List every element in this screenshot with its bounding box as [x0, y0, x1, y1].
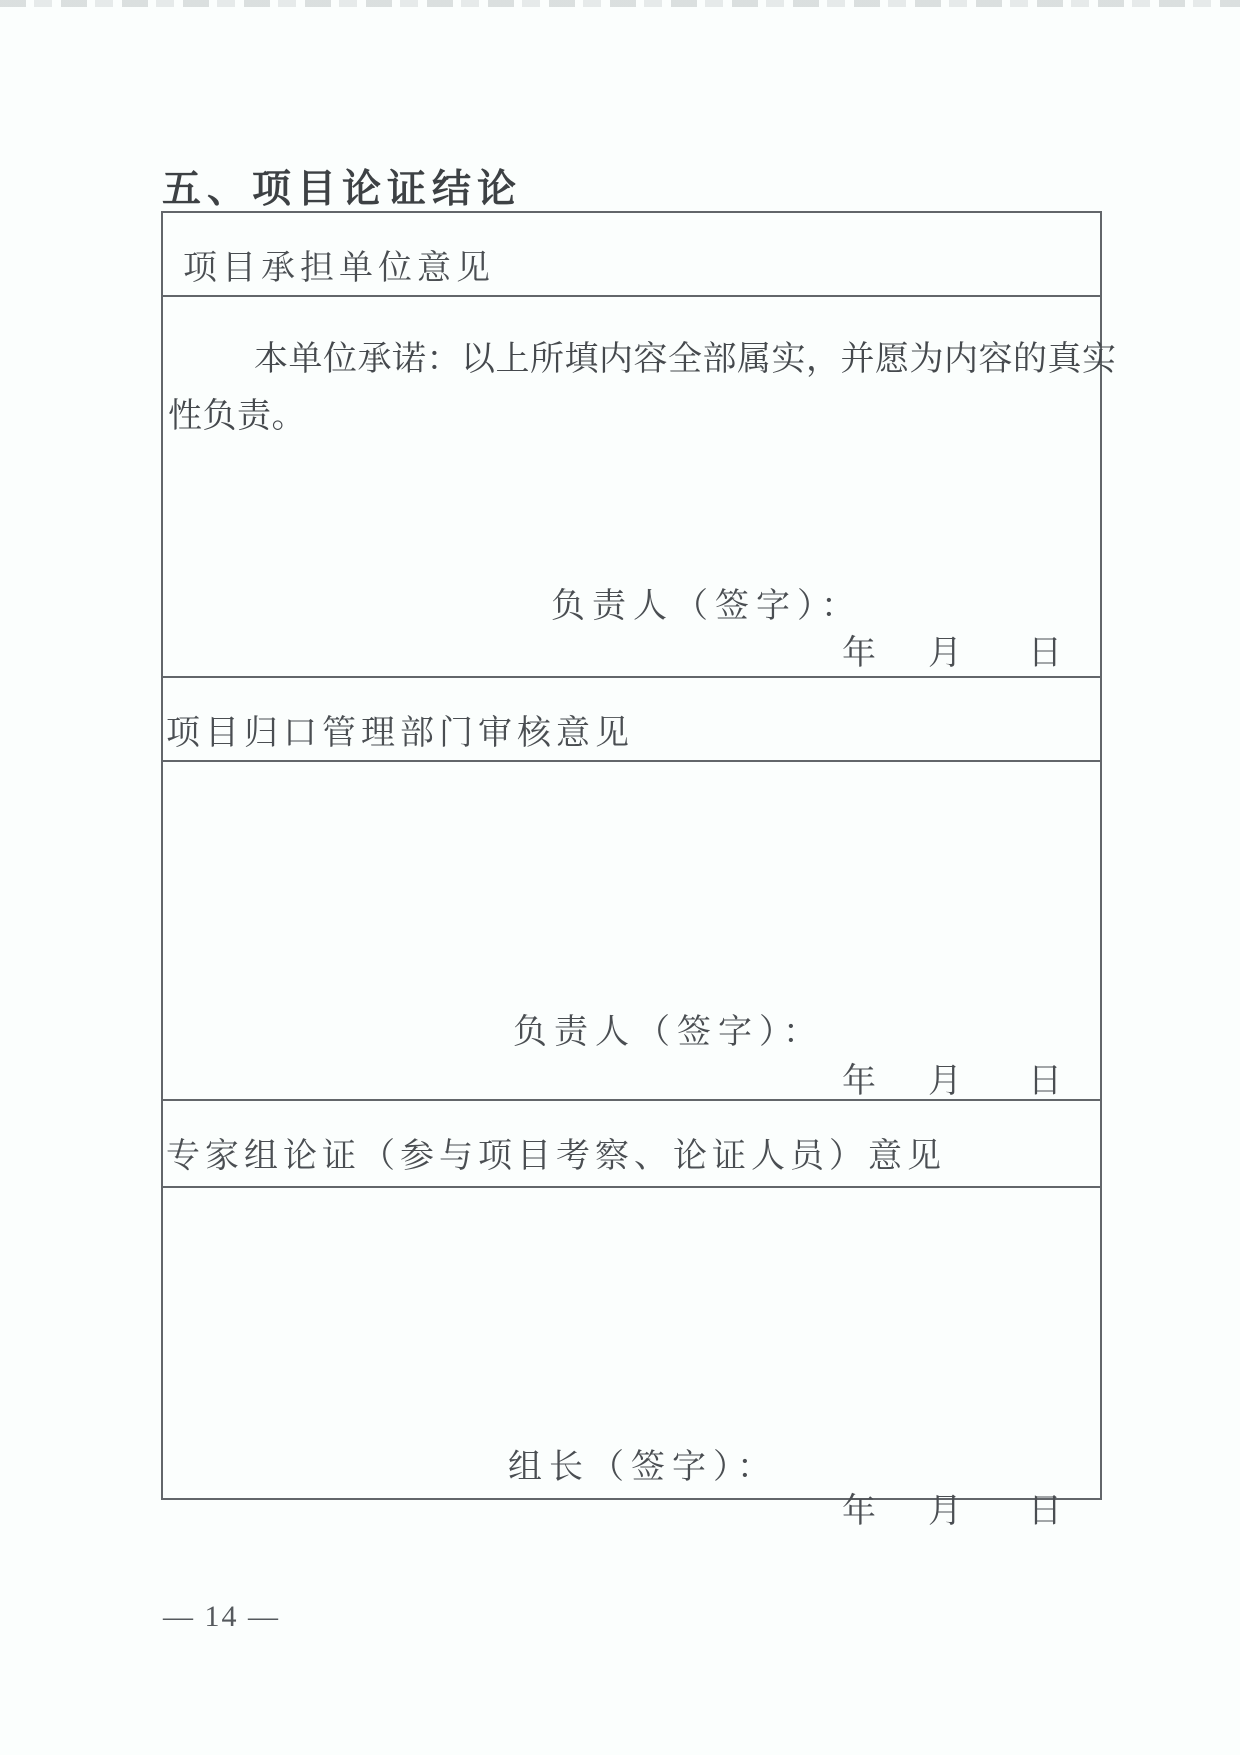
month-label: 月 — [928, 1064, 962, 1100]
date-line: 年 月 日 — [842, 1064, 1062, 1100]
expert-group-header-label: 专家组论证（参与项目考察、论证人员）意见 — [163, 1128, 1100, 1177]
section-heading: 五、项目论证结论 — [162, 158, 522, 214]
row-expert-group-content: 组长（签字）： 年 月 日 — [163, 1188, 1100, 1530]
year-label: 年 — [842, 1064, 876, 1100]
day-label: 日 — [1028, 1494, 1062, 1530]
responsible-person-signature-label: 负责人（签字）： — [551, 589, 862, 625]
undertaking-unit-header-label: 项目承担单位意见 — [163, 240, 1100, 289]
row-department-review-content: 负责人（签字）： 年 月 日 — [163, 762, 1100, 1101]
group-leader-signature-label: 组长（签字）： — [508, 1450, 778, 1486]
month-label: 月 — [928, 1494, 962, 1530]
commitment-line-2: 性负责。 — [163, 388, 1100, 445]
day-label: 日 — [1028, 636, 1062, 672]
conclusion-form-table: 项目承担单位意见 本单位承诺：以上所填内容全部属实，并愿为内容的真实 性负责。 … — [161, 211, 1102, 1500]
row-undertaking-unit-content: 本单位承诺：以上所填内容全部属实，并愿为内容的真实 性负责。 负责人（签字）： … — [163, 331, 1100, 678]
date-line: 年 月 日 — [842, 1494, 1062, 1530]
row-undertaking-unit-header: 项目承担单位意见 — [163, 213, 1100, 297]
year-label: 年 — [842, 636, 876, 672]
row-expert-group-header: 专家组论证（参与项目考察、论证人员）意见 — [163, 1101, 1100, 1188]
month-label: 月 — [928, 636, 962, 672]
row-department-review-header: 项目归口管理部门审核意见 — [163, 678, 1100, 762]
day-label: 日 — [1028, 1064, 1062, 1100]
department-review-header-label: 项目归口管理部门审核意见 — [163, 705, 1100, 754]
year-label: 年 — [842, 1494, 876, 1530]
scan-edge-artifact — [0, 0, 1240, 7]
page-number: — 14 — — [163, 1600, 280, 1634]
responsible-person-signature-label: 负责人（签字）： — [513, 1015, 824, 1051]
commitment-paragraph: 本单位承诺：以上所填内容全部属实，并愿为内容的真实 性负责。 — [163, 331, 1100, 445]
commitment-line-1: 本单位承诺：以上所填内容全部属实，并愿为内容的真实 — [163, 331, 1100, 388]
scanned-document-page: 五、项目论证结论 项目承担单位意见 本单位承诺：以上所填内容全部属实，并愿为内容… — [0, 0, 1240, 1755]
date-line: 年 月 日 — [842, 636, 1062, 672]
